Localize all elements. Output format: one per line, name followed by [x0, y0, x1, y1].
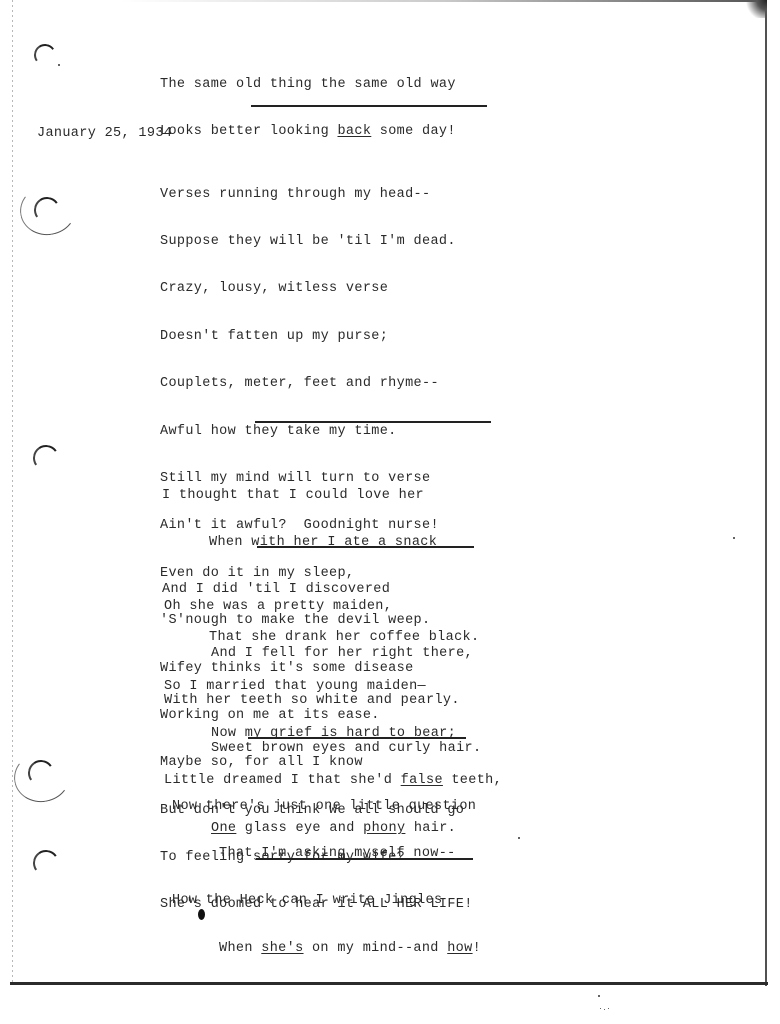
section-divider — [248, 737, 466, 739]
poem-line: Oh she was a pretty maiden, — [164, 599, 481, 615]
section-divider — [251, 105, 487, 107]
poem-line: Couplets, meter, feet and rhyme-- — [160, 376, 473, 392]
section-divider — [257, 546, 474, 548]
couplet-text: Looks better looking — [160, 124, 337, 139]
couplet-line: Looks better looking back some day! — [160, 124, 456, 140]
poem-text: ! — [473, 941, 481, 956]
underlined-word: back — [337, 124, 371, 139]
poem-line: Now my grief is hard to bear; — [164, 726, 502, 742]
poem-line: Awful how they take my time. — [160, 424, 473, 440]
scan-speck — [608, 1008, 609, 1009]
section-divider — [256, 858, 473, 860]
entry-date: January 25, 1934 — [37, 126, 172, 141]
scan-speck — [600, 1008, 601, 1009]
poem-text: When — [219, 941, 261, 956]
poem-line: Now there's just one little question — [172, 799, 481, 815]
section-divider — [255, 421, 491, 423]
scanned-page: The same old thing the same old way Look… — [0, 0, 780, 1024]
poem-line: I thought that I could love her — [162, 488, 479, 504]
scan-speck — [518, 837, 520, 839]
page-edge-right — [765, 4, 767, 986]
page-edge-top — [120, 0, 765, 2]
couplet-text: some day! — [371, 124, 456, 139]
page-corner-shadow — [745, 0, 767, 18]
poem-line: When with her I ate a snack — [162, 535, 479, 551]
top-couplet: The same old thing the same old way Look… — [160, 45, 456, 171]
scan-speck — [604, 1009, 605, 1010]
poem-line: Crazy, lousy, witless verse — [160, 281, 473, 297]
scan-speck — [733, 537, 735, 539]
poem-text: on my mind--and — [304, 941, 448, 956]
couplet-line: The same old thing the same old way — [160, 77, 456, 93]
poem-jingles: Now there's just one little question Tha… — [172, 767, 481, 988]
poem-line: Verses running through my head-- — [160, 187, 473, 203]
ink-blot — [198, 909, 205, 920]
scan-speck — [58, 64, 60, 66]
underlined-word: how — [447, 941, 472, 956]
scan-speck — [598, 995, 600, 997]
underlined-word: she's — [261, 941, 303, 956]
page-edge-left — [12, 0, 13, 985]
poem-line: So I married that young maiden— — [164, 679, 502, 695]
poem-line: Suppose they will be 'til I'm dead. — [160, 234, 473, 250]
poem-line: How the Heck can I write Jingles — [172, 893, 481, 909]
poem-line: Doesn't fatten up my purse; — [160, 329, 473, 345]
poem-line: When she's on my mind--and how! — [172, 941, 481, 957]
